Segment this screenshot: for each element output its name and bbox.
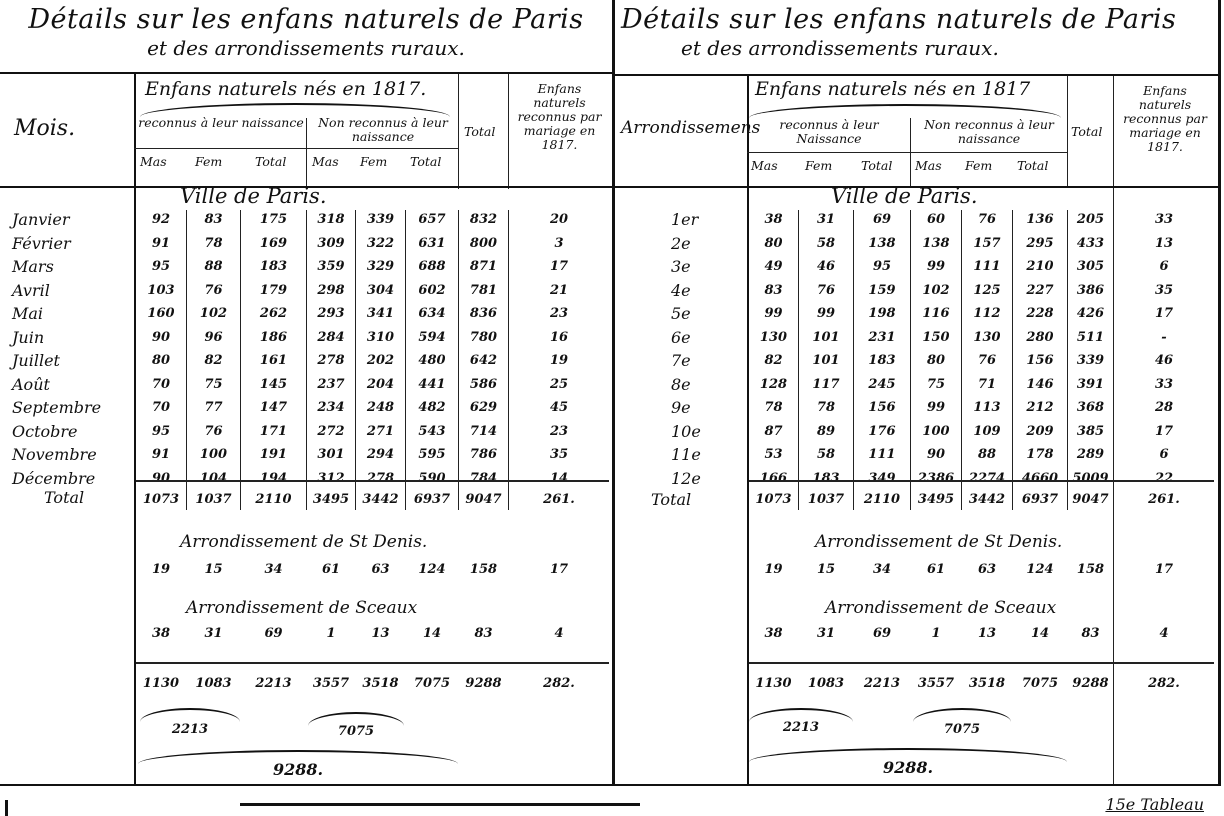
cell-value: 1073 [749, 492, 798, 507]
brace [749, 104, 1061, 118]
cell-value: 6 [1114, 447, 1214, 462]
right-title: Détails sur les enfans naturels de Paris… [615, 4, 1218, 60]
cell-value: 3557 [911, 676, 961, 691]
cell-value: 35 [509, 447, 609, 462]
cell-value: 1083 [799, 676, 853, 691]
cell-value: 17 [509, 259, 609, 274]
cell-value: 70 [136, 377, 186, 392]
cell-value: 657 [406, 212, 458, 227]
cell-value: 1 [307, 626, 355, 641]
cell-value: 289 [1068, 447, 1113, 462]
left-col-grand-total: Total [464, 125, 495, 139]
cell-value: 179 [241, 283, 306, 298]
left-col-total: Total [255, 155, 286, 169]
cell-value: 38 [749, 626, 798, 641]
cell-value: 171 [241, 424, 306, 439]
cell-value: 96 [187, 330, 240, 345]
left-col-marriage: Enfans naturels reconnus par mariage en … [512, 82, 607, 152]
right-section-st-denis: Arrondissement de St Denis. [815, 532, 1062, 552]
cell-value: 305 [1068, 259, 1113, 274]
cell-value: 9047 [459, 492, 508, 507]
cell-value: 82 [749, 353, 798, 368]
cell-value: - [1114, 330, 1214, 345]
right-title-line2: et des arrondissements ruraux. [621, 36, 1218, 60]
cell-value: 183 [799, 471, 853, 486]
cell-value: 339 [356, 212, 405, 227]
cell-value: 245 [854, 377, 910, 392]
cell-value: 212 [1013, 400, 1067, 415]
left-row-header: Mois. [14, 116, 75, 141]
cell-value: 33 [1114, 377, 1214, 392]
cell-value: 23 [509, 306, 609, 321]
cell-value: 61 [911, 562, 961, 577]
divider [136, 480, 609, 482]
right-section-paris: Ville de Paris. [831, 184, 978, 208]
cell-value: 13 [962, 626, 1012, 641]
cell-value: 4660 [1013, 471, 1067, 486]
cell-value: 4 [509, 626, 609, 641]
left-sum-unrecognized: 7075 [308, 724, 404, 739]
cell-value: 595 [406, 447, 458, 462]
cell-value: 130 [749, 330, 798, 345]
cell-value: 156 [1013, 353, 1067, 368]
cell-value: 9288 [1068, 676, 1113, 691]
cell-value: 100 [911, 424, 961, 439]
cell-value: 150 [911, 330, 961, 345]
cell-value: 178 [1013, 447, 1067, 462]
cell-value: 31 [799, 212, 853, 227]
cell-value: 76 [962, 212, 1012, 227]
cell-value: 104 [187, 471, 240, 486]
left-section-paris: Ville de Paris. [180, 184, 327, 208]
cell-value: 3442 [962, 492, 1012, 507]
right-col-mas2: Mas [915, 159, 942, 173]
divider [749, 480, 1214, 482]
cell-value: 91 [136, 236, 186, 251]
cell-value: 183 [854, 353, 910, 368]
cell-value: 91 [136, 447, 186, 462]
cell-value: 272 [307, 424, 355, 439]
cell-value: 146 [1013, 377, 1067, 392]
cell-value: 19 [749, 562, 798, 577]
cell-value: 209 [1013, 424, 1067, 439]
cell-value: 1083 [187, 676, 240, 691]
cell-value: 102 [911, 283, 961, 298]
cell-value: 237 [307, 377, 355, 392]
cell-value: 49 [749, 259, 798, 274]
cell-value: 586 [459, 377, 508, 392]
cell-value: 16 [509, 330, 609, 345]
cell-value: 80 [749, 236, 798, 251]
cell-value: 15 [187, 562, 240, 577]
row-label: 1er [671, 210, 698, 229]
cell-value: 480 [406, 353, 458, 368]
cell-value: 78 [187, 236, 240, 251]
cell-value: 99 [911, 400, 961, 415]
divider [134, 148, 458, 149]
cell-value: 100 [187, 447, 240, 462]
cell-value: 17 [1114, 424, 1214, 439]
cell-value: 1073 [136, 492, 186, 507]
cell-value: 186 [241, 330, 306, 345]
cell-value: 83 [749, 283, 798, 298]
divider [136, 662, 609, 664]
cell-value: 6937 [406, 492, 458, 507]
cell-value: 6937 [1013, 492, 1067, 507]
cell-value: 7075 [1013, 676, 1067, 691]
cell-value: 166 [749, 471, 798, 486]
cell-value: 82 [187, 353, 240, 368]
right-col-mas: Mas [751, 159, 778, 173]
divider [458, 74, 459, 189]
cell-value: 368 [1068, 400, 1113, 415]
cell-value: 278 [356, 471, 405, 486]
row-label: Décembre [12, 469, 95, 488]
cell-value: 17 [1114, 562, 1214, 577]
cell-value: 124 [1013, 562, 1067, 577]
left-table-page: Détails sur les enfans naturels de Paris… [0, 0, 615, 786]
cell-value: 786 [459, 447, 508, 462]
row-label: 9e [671, 398, 691, 417]
cell-value: 23 [509, 424, 609, 439]
cell-value: 156 [854, 400, 910, 415]
cell-value: 1037 [187, 492, 240, 507]
cell-value: 176 [854, 424, 910, 439]
cell-value: 76 [799, 283, 853, 298]
cell-value: 88 [187, 259, 240, 274]
cell-value: 88 [962, 447, 1012, 462]
cell-value: 1 [911, 626, 961, 641]
right-row-header: Arrondissemens [621, 118, 760, 138]
cell-value: 248 [356, 400, 405, 415]
cell-value: 89 [799, 424, 853, 439]
cell-value: 228 [1013, 306, 1067, 321]
cell-value: 210 [1013, 259, 1067, 274]
cell-value: 147 [241, 400, 306, 415]
cell-value: 76 [962, 353, 1012, 368]
cell-value: 109 [962, 424, 1012, 439]
cell-value: 169 [241, 236, 306, 251]
cell-value: 80 [136, 353, 186, 368]
cell-value: 101 [799, 353, 853, 368]
row-label: Novembre [12, 445, 97, 464]
divider [0, 784, 612, 786]
divider [306, 118, 307, 188]
cell-value: 634 [406, 306, 458, 321]
cell-value: 53 [749, 447, 798, 462]
cell-value: 294 [356, 447, 405, 462]
cell-value: 111 [854, 447, 910, 462]
row-label: 12e [671, 469, 701, 488]
cell-value: 7075 [406, 676, 458, 691]
left-col-fem2: Fem [360, 155, 387, 169]
row-label: Janvier [12, 210, 70, 229]
cell-value: 117 [799, 377, 853, 392]
cell-value: 116 [911, 306, 961, 321]
row-label: Mai [12, 304, 43, 323]
left-col-fem: Fem [195, 155, 222, 169]
cell-value: 101 [799, 330, 853, 345]
row-label: Août [12, 375, 50, 394]
cell-value: 38 [749, 212, 798, 227]
row-label: 5e [671, 304, 691, 323]
divider [1067, 76, 1068, 188]
left-col-mas2: Mas [312, 155, 339, 169]
cell-value: 35 [1114, 283, 1214, 298]
cell-value: 642 [459, 353, 508, 368]
cell-value: 158 [1068, 562, 1113, 577]
cell-value: 138 [854, 236, 910, 251]
cell-value: 318 [307, 212, 355, 227]
cell-value: 90 [136, 330, 186, 345]
left-section-st-denis: Arrondissement de St Denis. [180, 532, 427, 552]
right-col-fem2: Fem [965, 159, 992, 173]
left-group-header: Enfans naturels nés en 1817. [145, 78, 426, 100]
cell-value: 339 [1068, 353, 1113, 368]
left-section-sceaux: Arrondissement de Sceaux [186, 598, 417, 618]
cell-value: 714 [459, 424, 508, 439]
cell-value: 191 [241, 447, 306, 462]
cell-value: 136 [1013, 212, 1067, 227]
right-title-line1: Détails sur les enfans naturels de Paris [621, 4, 1218, 36]
cell-value: 145 [241, 377, 306, 392]
cell-value: 261. [509, 492, 609, 507]
right-sub-recognized: reconnus à leur Naissance [749, 118, 909, 146]
divider [615, 74, 1218, 76]
divider [615, 784, 1218, 786]
left-col-total2: Total [410, 155, 441, 169]
right-total-label: Total [651, 490, 691, 509]
cell-value: 543 [406, 424, 458, 439]
cell-value: 158 [459, 562, 508, 577]
cell-value: 76 [187, 283, 240, 298]
right-sum-all: 9288. [749, 758, 1067, 777]
left-sub-recognized: reconnus à leur naissance [138, 116, 304, 130]
cell-value: 631 [406, 236, 458, 251]
cell-value: 45 [509, 400, 609, 415]
row-label: 6e [671, 328, 691, 347]
row-label: Octobre [12, 422, 78, 441]
cell-value: 385 [1068, 424, 1113, 439]
cell-value: 271 [356, 424, 405, 439]
cell-value: 13 [356, 626, 405, 641]
cell-value: 284 [307, 330, 355, 345]
cell-value: 90 [136, 471, 186, 486]
cell-value: 63 [356, 562, 405, 577]
cell-value: 2110 [854, 492, 910, 507]
cell-value: 14 [509, 471, 609, 486]
cell-value: 629 [459, 400, 508, 415]
cell-value: 34 [854, 562, 910, 577]
cell-value: 3495 [911, 492, 961, 507]
cell-value: 33 [1114, 212, 1214, 227]
cell-value: 280 [1013, 330, 1067, 345]
cell-value: 312 [307, 471, 355, 486]
cell-value: 17 [509, 562, 609, 577]
cell-value: 19 [509, 353, 609, 368]
cell-value: 6 [1114, 259, 1214, 274]
cell-value: 28 [1114, 400, 1214, 415]
cell-value: 69 [241, 626, 306, 641]
cell-value: 61 [307, 562, 355, 577]
cell-value: 310 [356, 330, 405, 345]
cell-value: 780 [459, 330, 508, 345]
left-title-line2: et des arrondissements ruraux. [0, 36, 612, 60]
cell-value: 90 [911, 447, 961, 462]
cell-value: 46 [1114, 353, 1214, 368]
cell-value: 3 [509, 236, 609, 251]
cell-value: 204 [356, 377, 405, 392]
cell-value: 781 [459, 283, 508, 298]
edge-mark [5, 800, 8, 816]
cell-value: 38 [136, 626, 186, 641]
cell-value: 46 [799, 259, 853, 274]
cell-value: 1130 [136, 676, 186, 691]
cell-value: 138 [911, 236, 961, 251]
divider [508, 74, 509, 189]
cell-value: 69 [854, 626, 910, 641]
cell-value: 175 [241, 212, 306, 227]
cell-value: 160 [136, 306, 186, 321]
cell-value: 80 [911, 353, 961, 368]
cell-value: 95 [136, 259, 186, 274]
cell-value: 63 [962, 562, 1012, 577]
row-label: 11e [671, 445, 701, 464]
cell-value: 784 [459, 471, 508, 486]
cell-value: 14 [1013, 626, 1067, 641]
row-label: 8e [671, 375, 691, 394]
cell-value: 112 [962, 306, 1012, 321]
cell-value: 99 [911, 259, 961, 274]
right-col-grand-total: Total [1071, 125, 1102, 139]
cell-value: 349 [854, 471, 910, 486]
cell-value: 391 [1068, 377, 1113, 392]
cell-value: 2110 [241, 492, 306, 507]
cell-value: 594 [406, 330, 458, 345]
cell-value: 2213 [854, 676, 910, 691]
cell-value: 113 [962, 400, 1012, 415]
cell-value: 800 [459, 236, 508, 251]
cell-value: 31 [799, 626, 853, 641]
cell-value: 14 [406, 626, 458, 641]
left-sub-unrecognized: Non reconnus à leur naissance [308, 116, 458, 144]
cell-value: 231 [854, 330, 910, 345]
cell-value: 3518 [962, 676, 1012, 691]
cell-value: 161 [241, 353, 306, 368]
cell-value: 261. [1114, 492, 1214, 507]
cell-value: 309 [307, 236, 355, 251]
cell-value: 293 [307, 306, 355, 321]
cell-value: 20 [509, 212, 609, 227]
right-col-total: Total [861, 159, 892, 173]
row-label: Février [12, 234, 71, 253]
cell-value: 87 [749, 424, 798, 439]
table-number-label: 15e Tableau [1105, 795, 1204, 814]
cell-value: 34 [241, 562, 306, 577]
right-table-page: Détails sur les enfans naturels de Paris… [615, 0, 1221, 786]
right-section-sceaux: Arrondissement de Sceaux [825, 598, 1056, 618]
cell-value: 590 [406, 471, 458, 486]
cell-value: 304 [356, 283, 405, 298]
right-col-fem: Fem [805, 159, 832, 173]
left-sum-all: 9288. [138, 760, 458, 779]
cell-value: 1037 [799, 492, 853, 507]
cell-value: 278 [307, 353, 355, 368]
cell-value: 103 [136, 283, 186, 298]
cell-value: 99 [749, 306, 798, 321]
cell-value: 9047 [1068, 492, 1113, 507]
cell-value: 832 [459, 212, 508, 227]
left-title-line1: Détails sur les enfans naturels de Paris [0, 4, 612, 36]
cell-value: 77 [187, 400, 240, 415]
cell-value: 836 [459, 306, 508, 321]
cell-value: 602 [406, 283, 458, 298]
row-label: Juillet [12, 351, 60, 370]
cell-value: 282. [509, 676, 609, 691]
cell-value: 31 [187, 626, 240, 641]
right-sum-unrecognized: 7075 [913, 722, 1011, 737]
cell-value: 125 [962, 283, 1012, 298]
left-sum-recognized: 2213 [140, 722, 240, 737]
cell-value: 205 [1068, 212, 1113, 227]
brace [913, 708, 1011, 722]
cell-value: 130 [962, 330, 1012, 345]
cell-value: 9288 [459, 676, 508, 691]
row-label: Juin [12, 328, 44, 347]
cell-value: 92 [136, 212, 186, 227]
cell-value: 83 [1068, 626, 1113, 641]
cell-value: 194 [241, 471, 306, 486]
left-title: Détails sur les enfans naturels de Paris… [0, 4, 612, 60]
cell-value: 386 [1068, 283, 1113, 298]
cell-value: 329 [356, 259, 405, 274]
divider [747, 152, 1067, 153]
row-label: 7e [671, 351, 691, 370]
cell-value: 298 [307, 283, 355, 298]
cell-value: 13 [1114, 236, 1214, 251]
cell-value: 282. [1114, 676, 1214, 691]
cell-value: 3442 [356, 492, 405, 507]
brace [140, 708, 240, 722]
cell-value: 15 [799, 562, 853, 577]
cell-value: 3557 [307, 676, 355, 691]
cell-value: 3495 [307, 492, 355, 507]
cell-value: 58 [799, 447, 853, 462]
cell-value: 5009 [1068, 471, 1113, 486]
cell-value: 183 [241, 259, 306, 274]
cell-value: 78 [749, 400, 798, 415]
cell-value: 433 [1068, 236, 1113, 251]
left-total-label: Total [44, 488, 84, 507]
cell-value: 21 [509, 283, 609, 298]
cell-value: 70 [136, 400, 186, 415]
cell-value: 128 [749, 377, 798, 392]
row-label: 4e [671, 281, 691, 300]
cell-value: 111 [962, 259, 1012, 274]
cell-value: 301 [307, 447, 355, 462]
divider [910, 118, 911, 188]
cell-value: 76 [187, 424, 240, 439]
cell-value: 71 [962, 377, 1012, 392]
cell-value: 426 [1068, 306, 1113, 321]
row-label: 10e [671, 422, 701, 441]
right-sum-recognized: 2213 [749, 720, 853, 735]
cell-value: 234 [307, 400, 355, 415]
cell-value: 58 [799, 236, 853, 251]
cell-value: 2386 [911, 471, 961, 486]
cell-value: 75 [187, 377, 240, 392]
divider [749, 662, 1214, 664]
